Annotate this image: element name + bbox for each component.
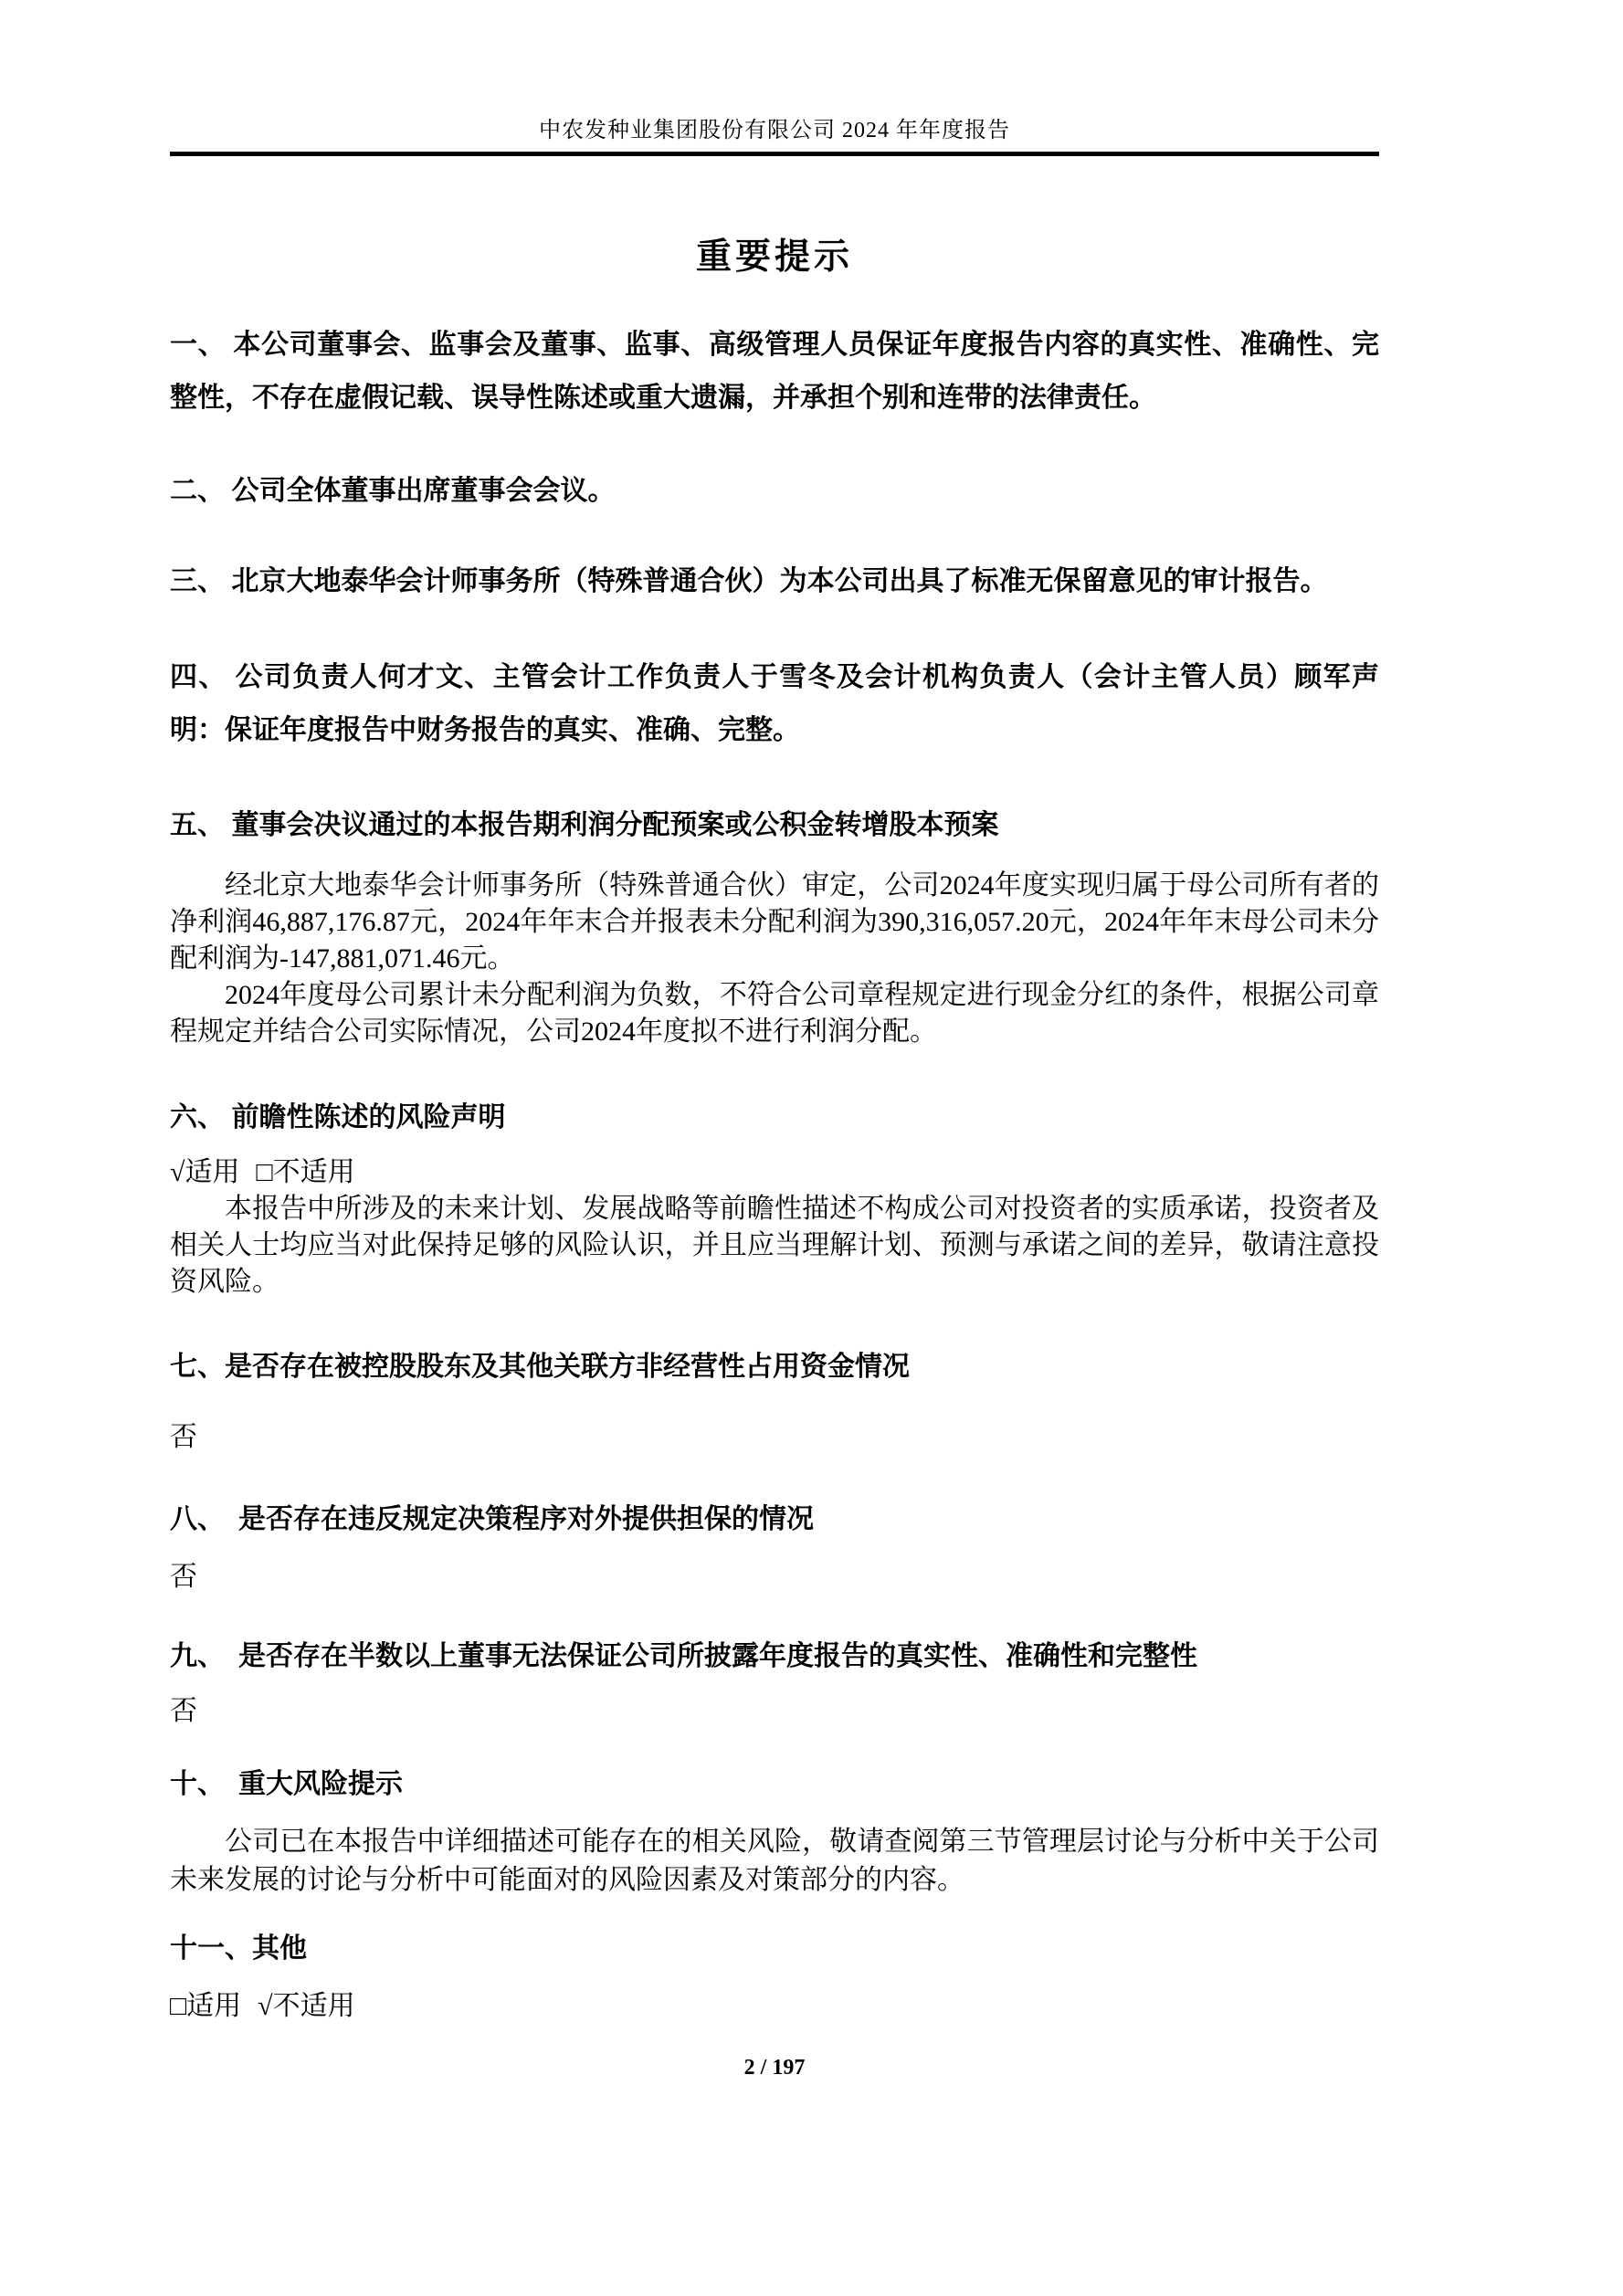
section-6-applicability-row: √适用□不适用 bbox=[170, 1154, 1379, 1191]
applicable-option-checked: √适用 bbox=[170, 1157, 239, 1187]
section-6-paragraph: 本报告中所涉及的未来计划、发展战略等前瞻性描述不构成公司对投资者的实质承诺，投资… bbox=[170, 1191, 1379, 1301]
section-4-statement: 四、 公司负责人何才文、主管会计工作负责人于雪冬及会计机构负责人（会计主管人员）… bbox=[170, 651, 1379, 757]
section-1-statement: 一、 本公司董事会、监事会及董事、监事、高级管理人员保证年度报告内容的真实性、准… bbox=[170, 319, 1379, 425]
section-11-heading: 十一、其他 bbox=[170, 1929, 1379, 1969]
section-10-paragraph: 公司已在本报告中详细描述可能存在的相关风险，敬请查阅第三节管理层讨论与分析中关于… bbox=[170, 1823, 1379, 1900]
section-5-heading: 五、 董事会决议通过的本报告期利润分配预案或公积金转增股本预案 bbox=[170, 806, 1379, 846]
section-7-answer: 否 bbox=[170, 1419, 1379, 1456]
section-3-statement: 三、 北京大地泰华会计师事务所（特殊普通合伙）为本公司出具了标准无保留意见的审计… bbox=[170, 555, 1379, 608]
section-5-paragraph-1: 经北京大地泰华会计师事务所（特殊普通合伙）审定，公司2024年度实现归属于母公司… bbox=[170, 868, 1379, 977]
section-2-statement: 二、 公司全体董事出席董事会会议。 bbox=[170, 465, 1379, 518]
page-title: 重要提示 bbox=[170, 238, 1379, 277]
section-10-heading: 十、 重大风险提示 bbox=[170, 1764, 1379, 1805]
header-rule bbox=[170, 152, 1379, 156]
section-6-heading: 六、 前瞻性陈述的风险声明 bbox=[170, 1098, 1379, 1138]
report-page: 中农发种业集团股份有限公司 2024 年年度报告 重要提示 一、 本公司董事会、… bbox=[0, 0, 1623, 2296]
section-8-answer: 否 bbox=[170, 1559, 1379, 1596]
section-7-heading: 七、是否存在被控股股东及其他关联方非经营性占用资金情况 bbox=[170, 1347, 1379, 1387]
section-9-answer: 否 bbox=[170, 1693, 1379, 1730]
applicable-option-unchecked: □适用 bbox=[170, 1991, 241, 2021]
not-applicable-option-checked: √不适用 bbox=[258, 1991, 354, 2021]
section-5-paragraph-2: 2024年度母公司累计未分配利润为负数，不符合公司章程规定进行现金分红的条件，根… bbox=[170, 977, 1379, 1050]
section-11-applicability-row: □适用√不适用 bbox=[170, 1988, 1379, 2025]
page-content: 中农发种业集团股份有限公司 2024 年年度报告 重要提示 一、 本公司董事会、… bbox=[170, 117, 1379, 2081]
section-9-heading: 九、 是否存在半数以上董事无法保证公司所披露年度报告的真实性、准确性和完整性 bbox=[170, 1637, 1379, 1677]
document-header: 中农发种业集团股份有限公司 2024 年年度报告 bbox=[170, 117, 1379, 144]
section-8-heading: 八、 是否存在违反规定决策程序对外提供担保的情况 bbox=[170, 1500, 1379, 1540]
not-applicable-option-unchecked: □不适用 bbox=[256, 1157, 354, 1187]
page-number: 2 / 197 bbox=[170, 2054, 1379, 2081]
